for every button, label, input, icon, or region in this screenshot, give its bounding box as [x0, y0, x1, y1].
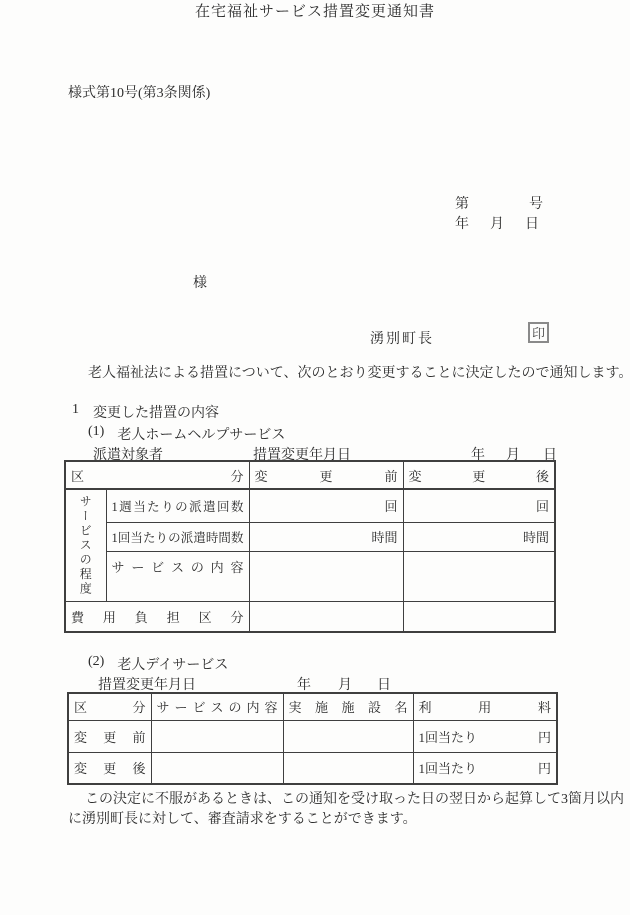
issue-date-day-label: 日 — [525, 213, 539, 233]
subsection1-number: (1) — [88, 424, 104, 444]
section1-title: 変更した措置の内容 — [93, 402, 219, 422]
service-content-before-cell — [249, 551, 403, 601]
dispatch-count-before-cell: 回 — [249, 489, 403, 522]
cost-category-after-cell — [403, 601, 555, 632]
after-row-label: 変更後 — [68, 752, 151, 784]
table1-header-category: 区分 — [65, 461, 249, 489]
subsection2-heading: (2) 老人デイサービス — [88, 654, 228, 674]
before-fee-cell: 1回当たり 円 — [413, 720, 557, 752]
before-facility-cell — [283, 720, 413, 752]
after-fee-cell: 1回当たり 円 — [413, 752, 557, 784]
table1-header-after: 変更後 — [403, 461, 555, 489]
after-fee-unit: 円 — [538, 758, 551, 777]
dispatch-hours-label: 1回当たりの派遣時間数 — [106, 522, 249, 551]
service-content-after-cell — [403, 551, 555, 601]
page-title: 在宅福祉サービス措置変更通知書 — [0, 0, 630, 21]
document-page: 様式第10号(第3条関係) 在宅福祉サービス措置変更通知書 第 号 年 月 日 … — [0, 0, 630, 915]
change-date-year-label-2: 年 — [297, 674, 311, 694]
table1-row-dispatch-count: サービスの程度 1週当たりの派遣回数 回 回 — [65, 489, 555, 522]
table2-header-category: 区分 — [68, 693, 151, 720]
table1-row-service-content: サービスの内容 — [65, 551, 555, 601]
dispatch-count-after-cell: 回 — [403, 489, 555, 522]
before-fee-prefix: 1回当たり — [419, 727, 478, 746]
service-level-side-label: サービスの程度 — [65, 489, 106, 601]
issue-date-year-label: 年 — [455, 213, 469, 233]
document-number-line: 第 号 — [455, 193, 543, 213]
table1-row-cost-category: 費用負担区分 — [65, 601, 555, 632]
dispatch-hours-after-cell: 時間 — [403, 522, 555, 551]
table1-header-row: 区分 変更前 変更後 — [65, 461, 555, 489]
table2-header-service: サービスの内容 — [151, 693, 283, 720]
change-date-label-2: 措置変更年月日 — [98, 674, 196, 694]
subsection1-title: 老人ホームヘルプサービス — [117, 424, 285, 444]
change-date-day-label-2: 日 — [377, 674, 391, 694]
before-fee-unit: 円 — [538, 727, 551, 746]
doc-number-prefix: 第 — [455, 193, 469, 213]
table2-header-row: 区分 サービスの内容 実施施設名 利用料 — [68, 693, 557, 720]
appeal-notice-line1: この決定に不服があるときは、この通知を受け取った日の翌日から起算して3箇月以内 — [85, 788, 624, 808]
after-fee-prefix: 1回当たり — [419, 758, 478, 777]
sender-title: 湧別町長 — [370, 328, 434, 348]
cost-category-label: 費用負担区分 — [65, 601, 249, 632]
appeal-notice-line2: に湧別町長に対して、審査請求をすることができます。 — [68, 808, 417, 828]
issue-date-month-label: 月 — [490, 213, 504, 233]
section1-heading: 1 変更した措置の内容 — [72, 402, 219, 422]
table1-row-dispatch-hours: 1回当たりの派遣時間数 時間 時間 — [65, 522, 555, 551]
table2-row-before: 変更前 1回当たり 円 — [68, 720, 557, 752]
before-row-label: 変更前 — [68, 720, 151, 752]
doc-number-suffix: 号 — [529, 193, 543, 213]
before-service-cell — [151, 720, 283, 752]
subsection1-heading: (1) 老人ホームヘルプサービス — [88, 424, 285, 444]
cost-category-before-cell — [249, 601, 403, 632]
dispatch-count-label: 1週当たりの派遣回数 — [106, 489, 249, 522]
addressee-honorific: 様 — [193, 272, 207, 292]
table2-row-after: 変更後 1回当たり 円 — [68, 752, 557, 784]
change-date-month-label-2: 月 — [338, 674, 352, 694]
home-help-service-table: 区分 変更前 変更後 サービスの程度 1週当たりの派遣回数 回 回 1回当たりの… — [64, 460, 556, 633]
seal-stamp-box: 印 — [528, 322, 549, 343]
table2-header-facility: 実施施設名 — [283, 693, 413, 720]
subsection2-number: (2) — [88, 654, 104, 674]
service-content-label: サービスの内容 — [106, 551, 249, 601]
issue-date-line: 年 月 日 — [455, 213, 539, 233]
table2-header-fee: 利用料 — [413, 693, 557, 720]
section1-number: 1 — [72, 402, 79, 422]
notification-body-text: 老人福祉法による措置について、次のとおり変更することに決定したので通知します。 — [68, 362, 630, 382]
day-service-table: 区分 サービスの内容 実施施設名 利用料 変更前 1回当たり 円 変更後 — [67, 692, 558, 785]
table1-header-before: 変更前 — [249, 461, 403, 489]
subsection2-title: 老人デイサービス — [117, 654, 228, 674]
dispatch-hours-before-cell: 時間 — [249, 522, 403, 551]
after-service-cell — [151, 752, 283, 784]
form-number: 様式第10号(第3条関係) — [68, 82, 210, 102]
after-facility-cell — [283, 752, 413, 784]
